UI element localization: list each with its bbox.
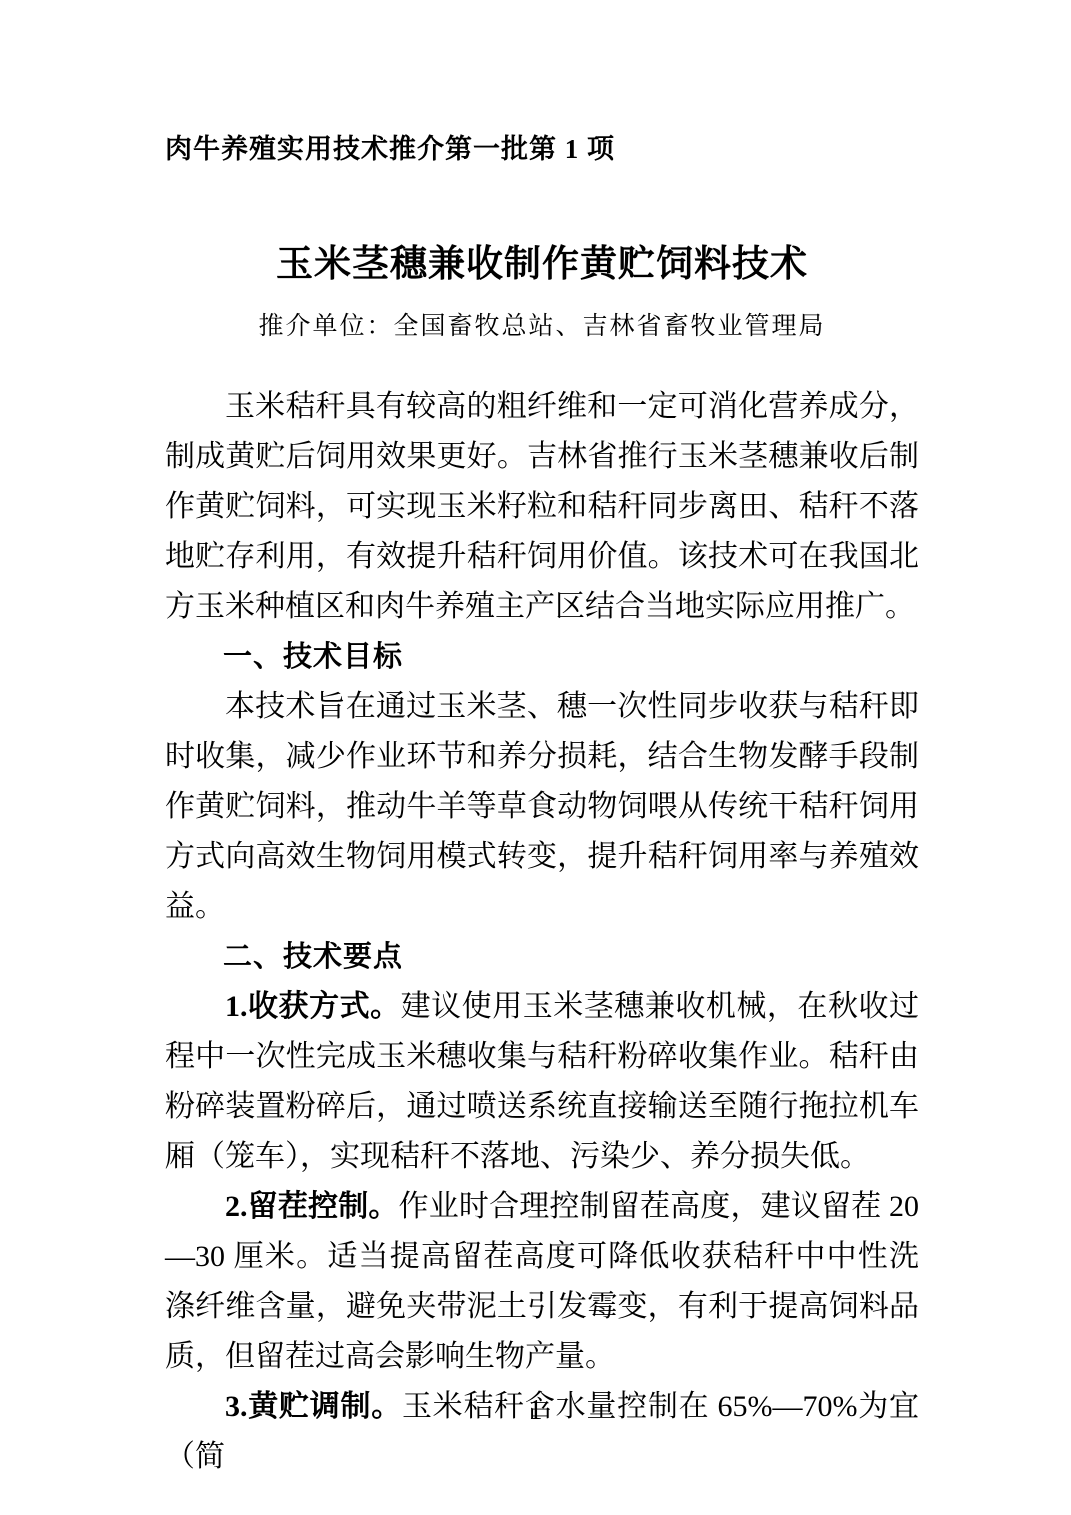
key-point-harvest-method-label: 1.收获方式。 [225, 990, 401, 1023]
document-body: 玉米秸秆具有较高的粗纤维和一定可消化营养成分，制成黄贮后饲用效果更好。吉林省推行… [165, 382, 919, 1482]
key-point-harvest-method: 1.收获方式。建议使用玉米茎穗兼收机械，在秋收过程中一次性完成玉米穗收集与秸秆粉… [165, 982, 919, 1182]
document-header: 肉牛养殖实用技术推介第一批第 1 项 [165, 132, 919, 166]
document-page: 肉牛养殖实用技术推介第一批第 1 项 玉米茎穗兼收制作黄贮饲料技术 推介单位：全… [0, 0, 1071, 1515]
key-point-stubble-control-label: 2.留茬控制。 [225, 1190, 399, 1223]
document-title: 玉米茎穗兼收制作黄贮饲料技术 [165, 240, 919, 290]
section-heading-goals: 一、技术目标 [165, 632, 919, 682]
intro-paragraph: 玉米秸秆具有较高的粗纤维和一定可消化营养成分，制成黄贮后饲用效果更好。吉林省推行… [165, 382, 919, 632]
goals-paragraph: 本技术旨在通过玉米茎、穗一次性同步收获与秸秆即时收集，减少作业环节和养分损耗，结… [165, 682, 919, 932]
page-number: 1 [0, 1395, 1071, 1427]
key-point-stubble-control: 2.留茬控制。作业时合理控制留茬高度，建议留茬 20—30 厘米。适当提高留茬高… [165, 1182, 919, 1382]
document-subtitle: 推介单位：全国畜牧总站、吉林省畜牧业管理局 [165, 310, 919, 344]
section-heading-key-points: 二、技术要点 [165, 932, 919, 982]
